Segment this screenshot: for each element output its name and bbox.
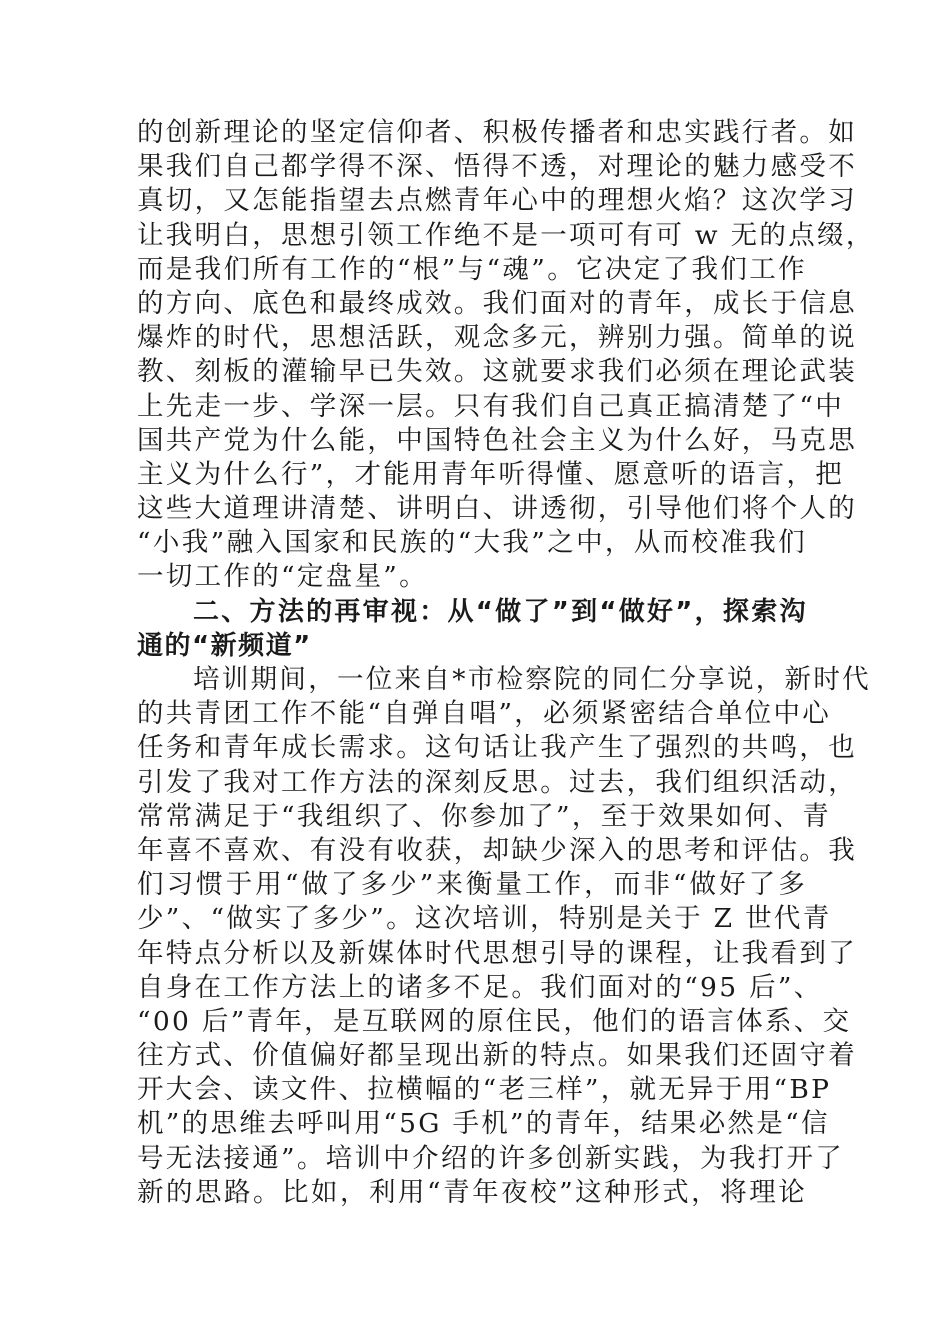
- section-heading: 二、方法的再审视：从“做了”到“做好”，探索沟 通的“新频道”: [137, 595, 807, 663]
- text-line: 们习惯于用“做了多少”来衡量工作，而非“做好了多: [137, 868, 807, 902]
- paragraph-method: 培训期间，一位来自*市检察院的同仁分享说，新时代 的共青团工作不能“自弹自唱”，…: [137, 663, 807, 1210]
- text-line: 培训期间，一位来自*市检察院的同仁分享说，新时代: [137, 663, 807, 697]
- text-line: 引发了我对工作方法的深刻反思。过去，我们组织活动，: [137, 766, 807, 800]
- text-line: “小我”融入国家和民族的“大我”之中，从而校准我们: [137, 526, 807, 560]
- text-line: 少”、“做实了多少”。这次培训，特别是关于 Z 世代青: [137, 902, 807, 936]
- paragraph-theory: 的创新理论的坚定信仰者、积极传播者和忠实践行者。如 果我们自己都学得不深、悟得不…: [137, 116, 807, 595]
- text-line: 果我们自己都学得不深、悟得不透，对理论的魅力感受不: [137, 150, 807, 184]
- text-line: 机”的思维去呼叫用“5G 手机”的青年，结果必然是“信: [137, 1107, 807, 1141]
- text-line: 上先走一步、学深一层。只有我们自己真正搞清楚了“中: [137, 390, 807, 424]
- text-line: 教、刻板的灌输早已失效。这就要求我们必须在理论武装: [137, 355, 807, 389]
- text-line: 新的思路。比如，利用“青年夜校”这种形式，将理论: [137, 1176, 807, 1210]
- text-line: 自身在工作方法上的诸多不足。我们面对的“95 后”、: [137, 971, 807, 1005]
- heading-line: 二、方法的再审视：从“做了”到“做好”，探索沟: [137, 595, 807, 629]
- text-line: 年喜不喜欢、有没有收获，却缺少深入的思考和评估。我: [137, 834, 807, 868]
- text-line: 国共产党为什么能，中国特色社会主义为什么好，马克思: [137, 424, 807, 458]
- text-line: 往方式、价值偏好都呈现出新的特点。如果我们还固守着: [137, 1039, 807, 1073]
- text-line: 真切，又怎能指望去点燃青年心中的理想火焰？这次学习: [137, 184, 807, 218]
- text-line: 一切工作的“定盘星”。: [137, 560, 807, 594]
- text-line: 爆炸的时代，思想活跃，观念多元，辨别力强。简单的说: [137, 321, 807, 355]
- document-page: 的创新理论的坚定信仰者、积极传播者和忠实践行者。如 果我们自己都学得不深、悟得不…: [137, 116, 807, 1210]
- text-line: 的方向、底色和最终成效。我们面对的青年，成长于信息: [137, 287, 807, 321]
- text-line: 常常满足于“我组织了、你参加了”，至于效果如何、青: [137, 800, 807, 834]
- text-line: 任务和青年成长需求。这句话让我产生了强烈的共鸣，也: [137, 731, 807, 765]
- text-line: 而是我们所有工作的“根”与“魂”。它决定了我们工作: [137, 253, 807, 287]
- text-line: 的共青团工作不能“自弹自唱”，必须紧密结合单位中心: [137, 697, 807, 731]
- text-line: 号无法接通”。培训中介绍的许多创新实践，为我打开了: [137, 1142, 807, 1176]
- text-line: 年特点分析以及新媒体时代思想引导的课程，让我看到了: [137, 937, 807, 971]
- text-line: 开大会、读文件、拉横幅的“老三样”，就无异于用“BP: [137, 1073, 807, 1107]
- text-line: 让我明白，思想引领工作绝不是一项可有可 w 无的点缀，: [137, 219, 807, 253]
- text-line: “00 后”青年，是互联网的原住民，他们的语言体系、交: [137, 1005, 807, 1039]
- heading-line: 通的“新频道”: [137, 629, 807, 663]
- text-line: 的创新理论的坚定信仰者、积极传播者和忠实践行者。如: [137, 116, 807, 150]
- text-line: 主义为什么行”，才能用青年听得懂、愿意听的语言，把: [137, 458, 807, 492]
- text-line: 这些大道理讲清楚、讲明白、讲透彻，引导他们将个人的: [137, 492, 807, 526]
